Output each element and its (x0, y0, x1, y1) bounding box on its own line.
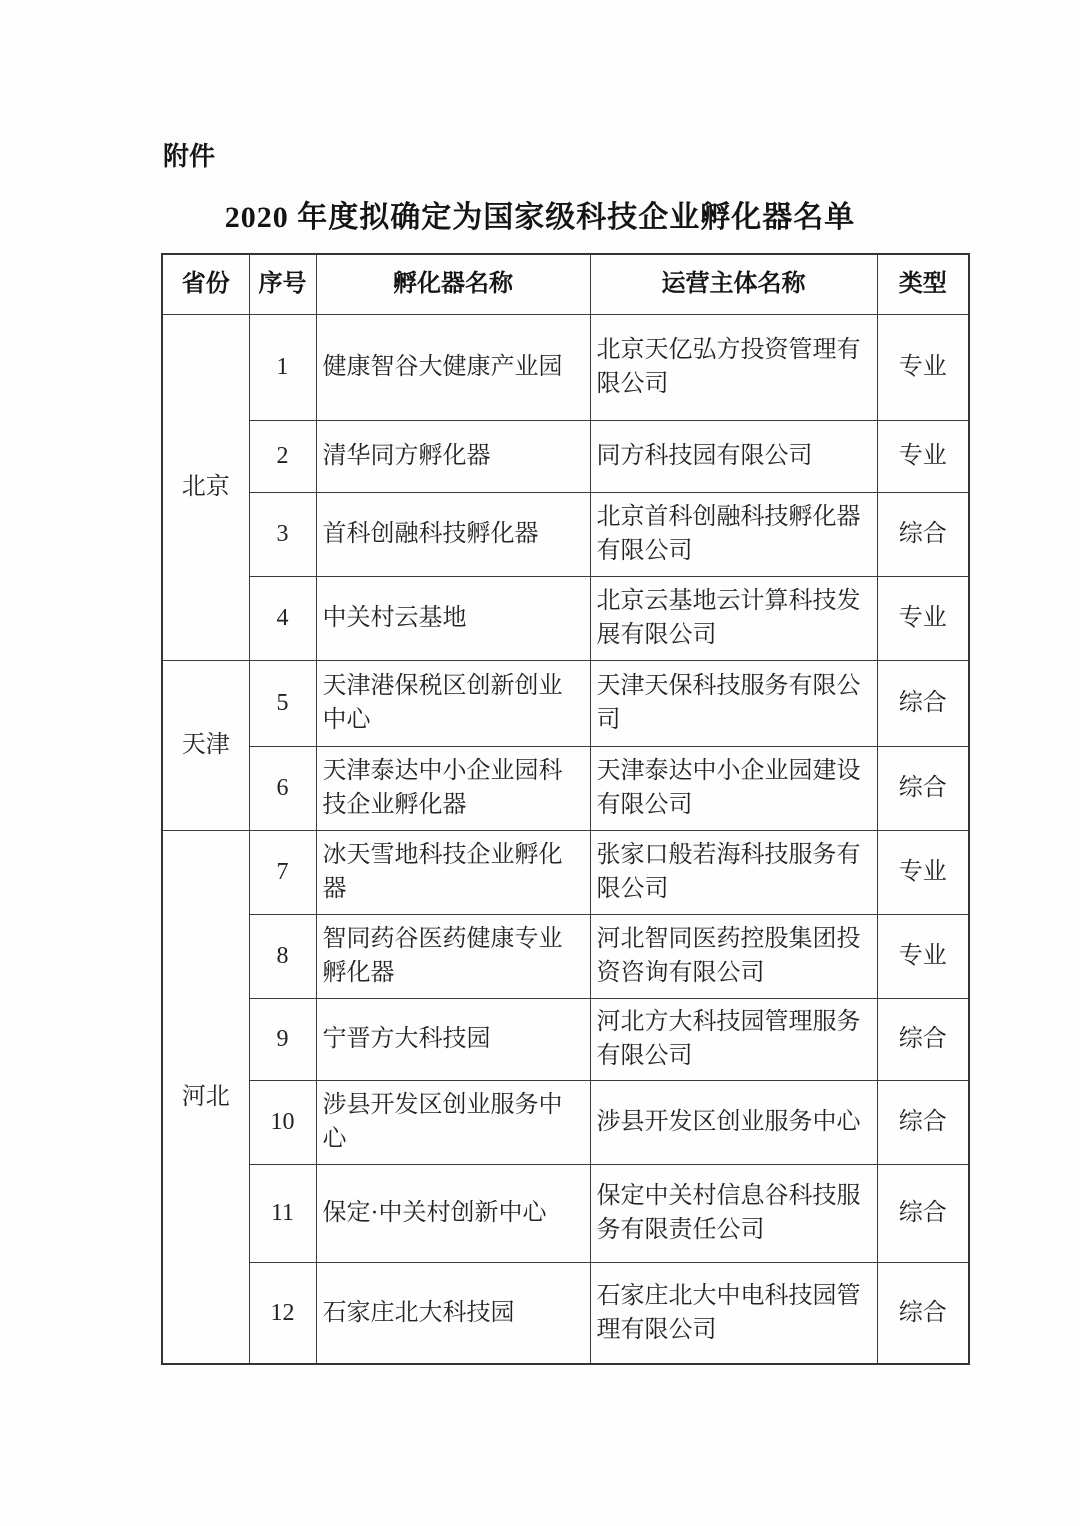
incubator-name-cell: 石家庄北大科技园 (316, 1262, 590, 1364)
operator-name-cell: 天津泰达中小企业园建设有限公司 (590, 746, 877, 830)
row-number-cell: 3 (249, 492, 316, 576)
table-row: 6 天津泰达中小企业园科技企业孵化器 天津泰达中小企业园建设有限公司 综合 (162, 746, 969, 830)
row-number-cell: 1 (249, 314, 316, 420)
incubator-name-cell: 天津港保税区创新创业中心 (316, 660, 590, 746)
table-row: 河北 7 冰天雪地科技企业孵化器 张家口般若海科技服务有限公司 专业 (162, 830, 969, 914)
operator-name-cell: 张家口般若海科技服务有限公司 (590, 830, 877, 914)
type-cell: 专业 (877, 914, 969, 998)
table-header-row: 省份 序号 孵化器名称 运营主体名称 类型 (162, 254, 969, 314)
table-row: 天津 5 天津港保税区创新创业中心 天津天保科技服务有限公司 综合 (162, 660, 969, 746)
type-cell: 综合 (877, 1080, 969, 1164)
operator-name-cell: 北京首科创融科技孵化器有限公司 (590, 492, 877, 576)
operator-name-cell: 河北方大科技园管理服务有限公司 (590, 998, 877, 1080)
operator-name-cell: 天津天保科技服务有限公司 (590, 660, 877, 746)
table-row: 10 涉县开发区创业服务中心 涉县开发区创业服务中心 综合 (162, 1080, 969, 1164)
row-number-cell: 12 (249, 1262, 316, 1364)
table-row: 2 清华同方孵化器 同方科技园有限公司 专业 (162, 420, 969, 492)
operator-name-cell: 北京云基地云计算科技发展有限公司 (590, 576, 877, 660)
type-cell: 综合 (877, 746, 969, 830)
type-cell: 专业 (877, 830, 969, 914)
table-row: 3 首科创融科技孵化器 北京首科创融科技孵化器有限公司 综合 (162, 492, 969, 576)
incubator-name-cell: 清华同方孵化器 (316, 420, 590, 492)
row-number-cell: 4 (249, 576, 316, 660)
row-number-cell: 10 (249, 1080, 316, 1164)
row-number-cell: 2 (249, 420, 316, 492)
table-row: 4 中关村云基地 北京云基地云计算科技发展有限公司 专业 (162, 576, 969, 660)
incubator-name-cell: 智同药谷医药健康专业孵化器 (316, 914, 590, 998)
column-header-province: 省份 (162, 254, 249, 314)
incubator-name-cell: 天津泰达中小企业园科技企业孵化器 (316, 746, 590, 830)
province-cell: 河北 (162, 830, 249, 1364)
operator-name-cell: 北京天亿弘方投资管理有限公司 (590, 314, 877, 420)
type-cell: 综合 (877, 1164, 969, 1262)
incubator-name-cell: 冰天雪地科技企业孵化器 (316, 830, 590, 914)
column-header-operator-name: 运营主体名称 (590, 254, 877, 314)
operator-name-cell: 涉县开发区创业服务中心 (590, 1080, 877, 1164)
type-cell: 综合 (877, 998, 969, 1080)
type-cell: 专业 (877, 314, 969, 420)
row-number-cell: 9 (249, 998, 316, 1080)
type-cell: 专业 (877, 576, 969, 660)
incubator-name-cell: 保定·中关村创新中心 (316, 1164, 590, 1262)
operator-name-cell: 河北智同医药控股集团投资咨询有限公司 (590, 914, 877, 998)
type-cell: 专业 (877, 420, 969, 492)
incubator-name-cell: 健康智谷大健康产业园 (316, 314, 590, 420)
row-number-cell: 6 (249, 746, 316, 830)
incubator-table: 省份 序号 孵化器名称 运营主体名称 类型 北京 1 健康智谷大健康产业园 北京… (161, 253, 970, 1365)
province-cell: 天津 (162, 660, 249, 830)
column-header-number: 序号 (249, 254, 316, 314)
attachment-label: 附件 (163, 136, 215, 173)
type-cell: 综合 (877, 1262, 969, 1364)
column-header-incubator-name: 孵化器名称 (316, 254, 590, 314)
operator-name-cell: 石家庄北大中电科技园管理有限公司 (590, 1262, 877, 1364)
incubator-name-cell: 涉县开发区创业服务中心 (316, 1080, 590, 1164)
column-header-type: 类型 (877, 254, 969, 314)
incubator-name-cell: 宁晋方大科技园 (316, 998, 590, 1080)
operator-name-cell: 同方科技园有限公司 (590, 420, 877, 492)
row-number-cell: 5 (249, 660, 316, 746)
row-number-cell: 11 (249, 1164, 316, 1262)
row-number-cell: 8 (249, 914, 316, 998)
incubator-name-cell: 中关村云基地 (316, 576, 590, 660)
table-row: 11 保定·中关村创新中心 保定中关村信息谷科技服务有限责任公司 综合 (162, 1164, 969, 1262)
table-row: 北京 1 健康智谷大健康产业园 北京天亿弘方投资管理有限公司 专业 (162, 314, 969, 420)
province-cell: 北京 (162, 314, 249, 660)
incubator-name-cell: 首科创融科技孵化器 (316, 492, 590, 576)
table-row: 8 智同药谷医药健康专业孵化器 河北智同医药控股集团投资咨询有限公司 专业 (162, 914, 969, 998)
table-row: 12 石家庄北大科技园 石家庄北大中电科技园管理有限公司 综合 (162, 1262, 969, 1364)
row-number-cell: 7 (249, 830, 316, 914)
table-row: 9 宁晋方大科技园 河北方大科技园管理服务有限公司 综合 (162, 998, 969, 1080)
type-cell: 综合 (877, 492, 969, 576)
page-title: 2020 年度拟确定为国家级科技企业孵化器名单 (0, 192, 1080, 236)
type-cell: 综合 (877, 660, 969, 746)
operator-name-cell: 保定中关村信息谷科技服务有限责任公司 (590, 1164, 877, 1262)
